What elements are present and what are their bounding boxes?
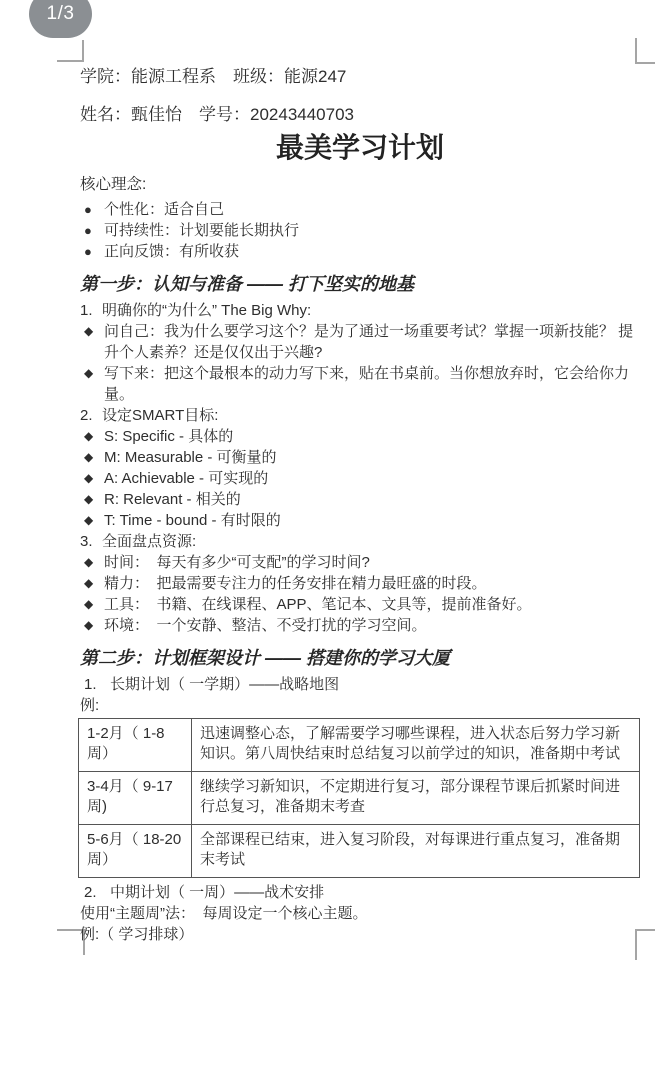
- list-item-text: 工具： 书籍、在线课程、APP、笔记本、文具等，提前准备好。: [104, 594, 640, 615]
- header-line-name: 姓名：甄佳怡 学号：20243440703: [80, 104, 640, 126]
- list-item: ◆ 问自己：我为什么要学习这个？是为了通过一场重要考试？掌握一项新技能？ 提升个…: [80, 321, 640, 363]
- list-item-text: 写下来：把这个最根本的动力写下来，贴在书桌前。当你想放弃时，它会给你力量。: [104, 363, 640, 405]
- core-concept-list: ● 个性化：适合自己 ● 可持续性：计划要能长期执行 ● 正向反馈：有所收获: [80, 199, 640, 262]
- page-count-badge: 1/3: [29, 0, 92, 38]
- item-number: 2.: [80, 405, 102, 426]
- long-term-plan-table: 1-2月（ 1-8周） 迅速调整心态，了解需要学习哪些课程，进入状态后努力学习新…: [78, 718, 640, 878]
- numbered-item: 3. 全面盘点资源:: [80, 531, 640, 552]
- list-item-text: M: Measurable - 可衡量的: [104, 447, 640, 468]
- scanned-document-page[interactable]: 1/3 学院：能源工程系 班级：能源247 姓名：甄佳怡 学号：20243440…: [0, 0, 655, 1087]
- list-item: ◆ A: Achievable - 可实现的: [80, 468, 640, 489]
- list-item: ◆ 环境： 一个安静、整洁、不受打扰的学习空间。: [80, 615, 640, 636]
- core-concept-label: 核心理念:: [80, 174, 640, 195]
- list-item-text: 环境： 一个安静、整洁、不受打扰的学习空间。: [104, 615, 640, 636]
- list-item: ◆ 工具： 书籍、在线课程、APP、笔记本、文具等，提前准备好。: [80, 594, 640, 615]
- diamond-bullet-icon: ◆: [80, 573, 104, 594]
- list-item: ◆ R: Relevant - 相关的: [80, 489, 640, 510]
- list-item: ◆ 精力： 把最需要专注力的任务安排在精力最旺盛的时段。: [80, 573, 640, 594]
- item-number: 3.: [80, 531, 102, 552]
- scan-corner-top-left-icon: [57, 40, 84, 62]
- header-line-college: 学院：能源工程系 班级：能源247: [80, 66, 640, 88]
- list-item: ● 个性化：适合自己: [80, 199, 640, 220]
- example-label: 例:: [80, 695, 640, 716]
- numbered-item: 1. 明确你的“为什么” The Big Why:: [80, 300, 640, 321]
- diamond-bullet-icon: ◆: [80, 426, 104, 447]
- bullet-dot-icon: ●: [80, 220, 104, 241]
- table-row: 5-6月（ 18-20周） 全部课程已结束，进入复习阶段，对每课进行重点复习，准…: [79, 825, 640, 878]
- list-item: ◆ 时间： 每天有多少“可支配”的学习时间?: [80, 552, 640, 573]
- list-item: ● 正向反馈：有所收获: [80, 241, 640, 262]
- list-item: ◆ T: Time - bound - 有时限的: [80, 510, 640, 531]
- bullet-dot-icon: ●: [80, 199, 104, 220]
- example-line: 例:（ 学习排球）: [80, 924, 640, 945]
- numbered-item: 1. 长期计划（ 一学期）——战略地图: [80, 674, 640, 695]
- list-item: ◆ M: Measurable - 可衡量的: [80, 447, 640, 468]
- list-item-text: S: Specific - 具体的: [104, 426, 640, 447]
- bullet-dot-icon: ●: [80, 241, 104, 262]
- list-item-text: 可持续性：计划要能长期执行: [104, 220, 640, 241]
- list-item: ◆ S: Specific - 具体的: [80, 426, 640, 447]
- diamond-bullet-icon: ◆: [80, 489, 104, 510]
- diamond-bullet-icon: ◆: [80, 510, 104, 531]
- table-row: 1-2月（ 1-8周） 迅速调整心态，了解需要学习哪些课程，进入状态后努力学习新…: [79, 719, 640, 772]
- numbered-item: 2. 中期计划（ 一周）——战术安排: [80, 882, 640, 903]
- diamond-bullet-icon: ◆: [80, 447, 104, 468]
- numbered-item: 2. 设定SMART目标:: [80, 405, 640, 426]
- method-line: 使用“主题周”法： 每周设定一个核心主题。: [80, 903, 640, 924]
- diamond-bullet-icon: ◆: [80, 321, 104, 363]
- item-number: 2.: [80, 882, 110, 903]
- step1-heading: 第一步：认知与准备 —— 打下坚实的地基: [80, 272, 640, 296]
- item-text: 长期计划（ 一学期）——战略地图: [110, 674, 640, 695]
- page-title: 最美学习计划: [80, 130, 640, 166]
- table-cell-period: 3-4月（ 9-17周): [79, 772, 192, 825]
- document-content: 学院：能源工程系 班级：能源247 姓名：甄佳怡 学号：20243440703 …: [80, 66, 640, 945]
- table-cell-desc: 迅速调整心态，了解需要学习哪些课程，进入状态后努力学习新知识。第八周快结束时总结…: [192, 719, 640, 772]
- table-cell-period: 5-6月（ 18-20周）: [79, 825, 192, 878]
- diamond-bullet-icon: ◆: [80, 363, 104, 405]
- item-number: 1.: [80, 674, 110, 695]
- list-item: ◆ 写下来：把这个最根本的动力写下来，贴在书桌前。当你想放弃时，它会给你力量。: [80, 363, 640, 405]
- scan-corner-top-right-icon: [635, 38, 655, 64]
- list-item-text: 时间： 每天有多少“可支配”的学习时间?: [104, 552, 640, 573]
- table-cell-desc: 继续学习新知识，不定期进行复习，部分课程节课后抓紧时间进行总复习，准备期末考查: [192, 772, 640, 825]
- page-count-label: 1/3: [47, 3, 75, 25]
- item-text: 全面盘点资源:: [102, 531, 640, 552]
- step2-heading: 第二步：计划框架设计 —— 搭建你的学习大厦: [80, 646, 640, 670]
- diamond-bullet-icon: ◆: [80, 594, 104, 615]
- table-cell-period: 1-2月（ 1-8周）: [79, 719, 192, 772]
- table-row: 3-4月（ 9-17周) 继续学习新知识，不定期进行复习，部分课程节课后抓紧时间…: [79, 772, 640, 825]
- diamond-bullet-icon: ◆: [80, 615, 104, 636]
- list-item-text: 精力： 把最需要专注力的任务安排在精力最旺盛的时段。: [104, 573, 640, 594]
- list-item: ● 可持续性：计划要能长期执行: [80, 220, 640, 241]
- list-item-text: R: Relevant - 相关的: [104, 489, 640, 510]
- list-item-text: 正向反馈：有所收获: [104, 241, 640, 262]
- list-item-text: 个性化：适合自己: [104, 199, 640, 220]
- item-number: 1.: [80, 300, 102, 321]
- diamond-bullet-icon: ◆: [80, 468, 104, 489]
- list-item-text: A: Achievable - 可实现的: [104, 468, 640, 489]
- table-cell-desc: 全部课程已结束，进入复习阶段，对每课进行重点复习，准备期末考试: [192, 825, 640, 878]
- list-item-text: T: Time - bound - 有时限的: [104, 510, 640, 531]
- item-text: 设定SMART目标:: [102, 405, 640, 426]
- item-text: 明确你的“为什么” The Big Why:: [102, 300, 640, 321]
- list-item-text: 问自己：我为什么要学习这个？是为了通过一场重要考试？掌握一项新技能？ 提升个人素…: [104, 321, 640, 363]
- item-text: 中期计划（ 一周）——战术安排: [110, 882, 640, 903]
- diamond-bullet-icon: ◆: [80, 552, 104, 573]
